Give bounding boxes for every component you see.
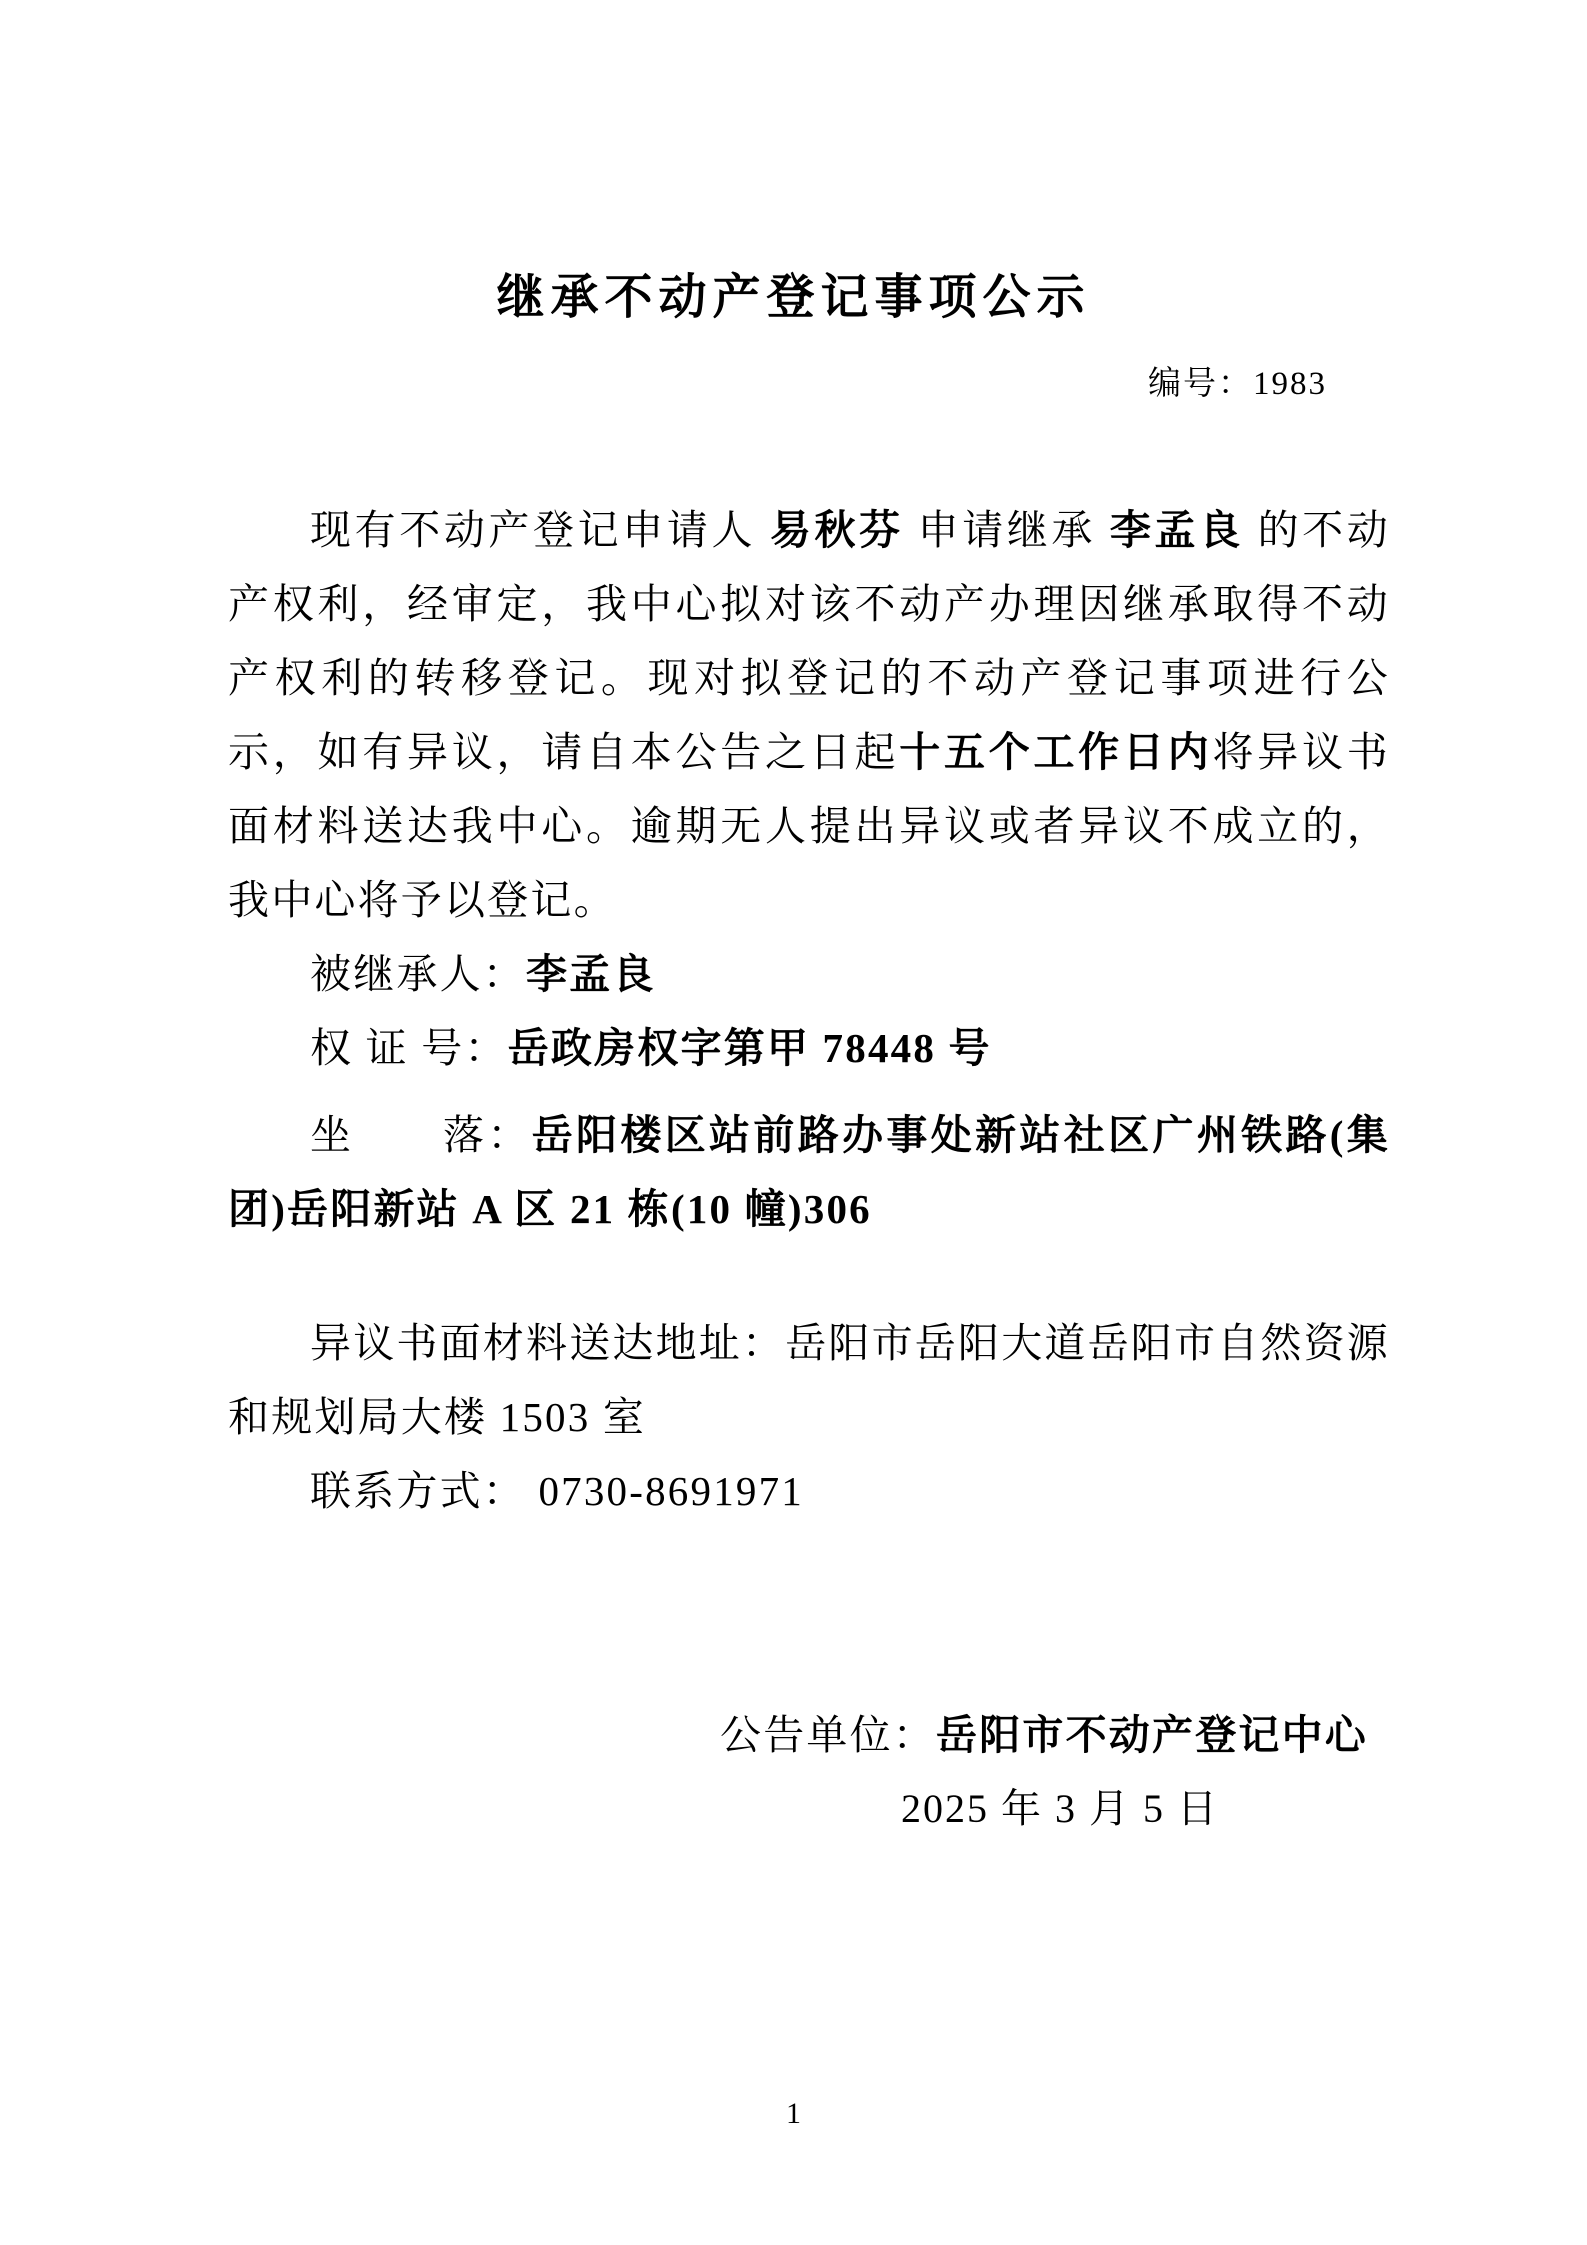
objection-address-paragraph: 异议书面材料送达地址：岳阳市岳阳大道岳阳市自然资源和规划局大楼 1503 室 (228, 1306, 1390, 1454)
document-body: 现有不动产登记申请人 易秋芬 申请继承 李孟良 的不动产权利，经审定，我中心拟对… (228, 493, 1390, 1528)
issue-date: 2025 年 3 月 5 日 (901, 1772, 1219, 1846)
text-segment: 李孟良 (1110, 507, 1244, 553)
field-certificate-number-value: 岳政房权字第甲 78448 号 (508, 1025, 992, 1071)
issuer-label: 公告单位： (720, 1712, 936, 1758)
field-certificate-number: 权 证 号：岳政房权字第甲 78448 号 (228, 1011, 1390, 1085)
field-decedent-value: 李孟良 (526, 951, 656, 997)
issuer-line: 公告单位：岳阳市不动产登记中心 (720, 1698, 1368, 1772)
text-segment: 申请继承 (904, 507, 1110, 553)
document-title: 继承不动产登记事项公示 (0, 268, 1587, 328)
field-location: 坐 落：岳阳楼区站前路办事处新站社区广州铁路(集团)岳阳新站 A 区 21 栋(… (228, 1098, 1390, 1246)
notice-document-page: 继承不动产登记事项公示 编号：1983 现有不动产登记申请人 易秋芬 申请继承 … (0, 0, 1587, 2245)
contact-line: 联系方式： 0730-8691971 (228, 1454, 1390, 1528)
field-decedent: 被继承人：李孟良 (228, 937, 1390, 1011)
text-segment: 十五个工作日内 (899, 729, 1212, 775)
field-certificate-number-label: 权 证 号： (310, 1025, 508, 1071)
text-segment: 现有不动产登记申请人 (310, 507, 770, 553)
page-number: 1 (0, 2094, 1587, 2134)
document-number: 编号：1983 (1148, 362, 1327, 406)
field-location-label: 坐 落： (310, 1112, 532, 1158)
text-segment: 易秋芬 (770, 507, 904, 553)
issuer-name: 岳阳市不动产登记中心 (936, 1712, 1368, 1758)
field-decedent-label: 被继承人： (310, 951, 526, 997)
notice-paragraph: 现有不动产登记申请人 易秋芬 申请继承 李孟良 的不动产权利，经审定，我中心拟对… (228, 493, 1390, 937)
